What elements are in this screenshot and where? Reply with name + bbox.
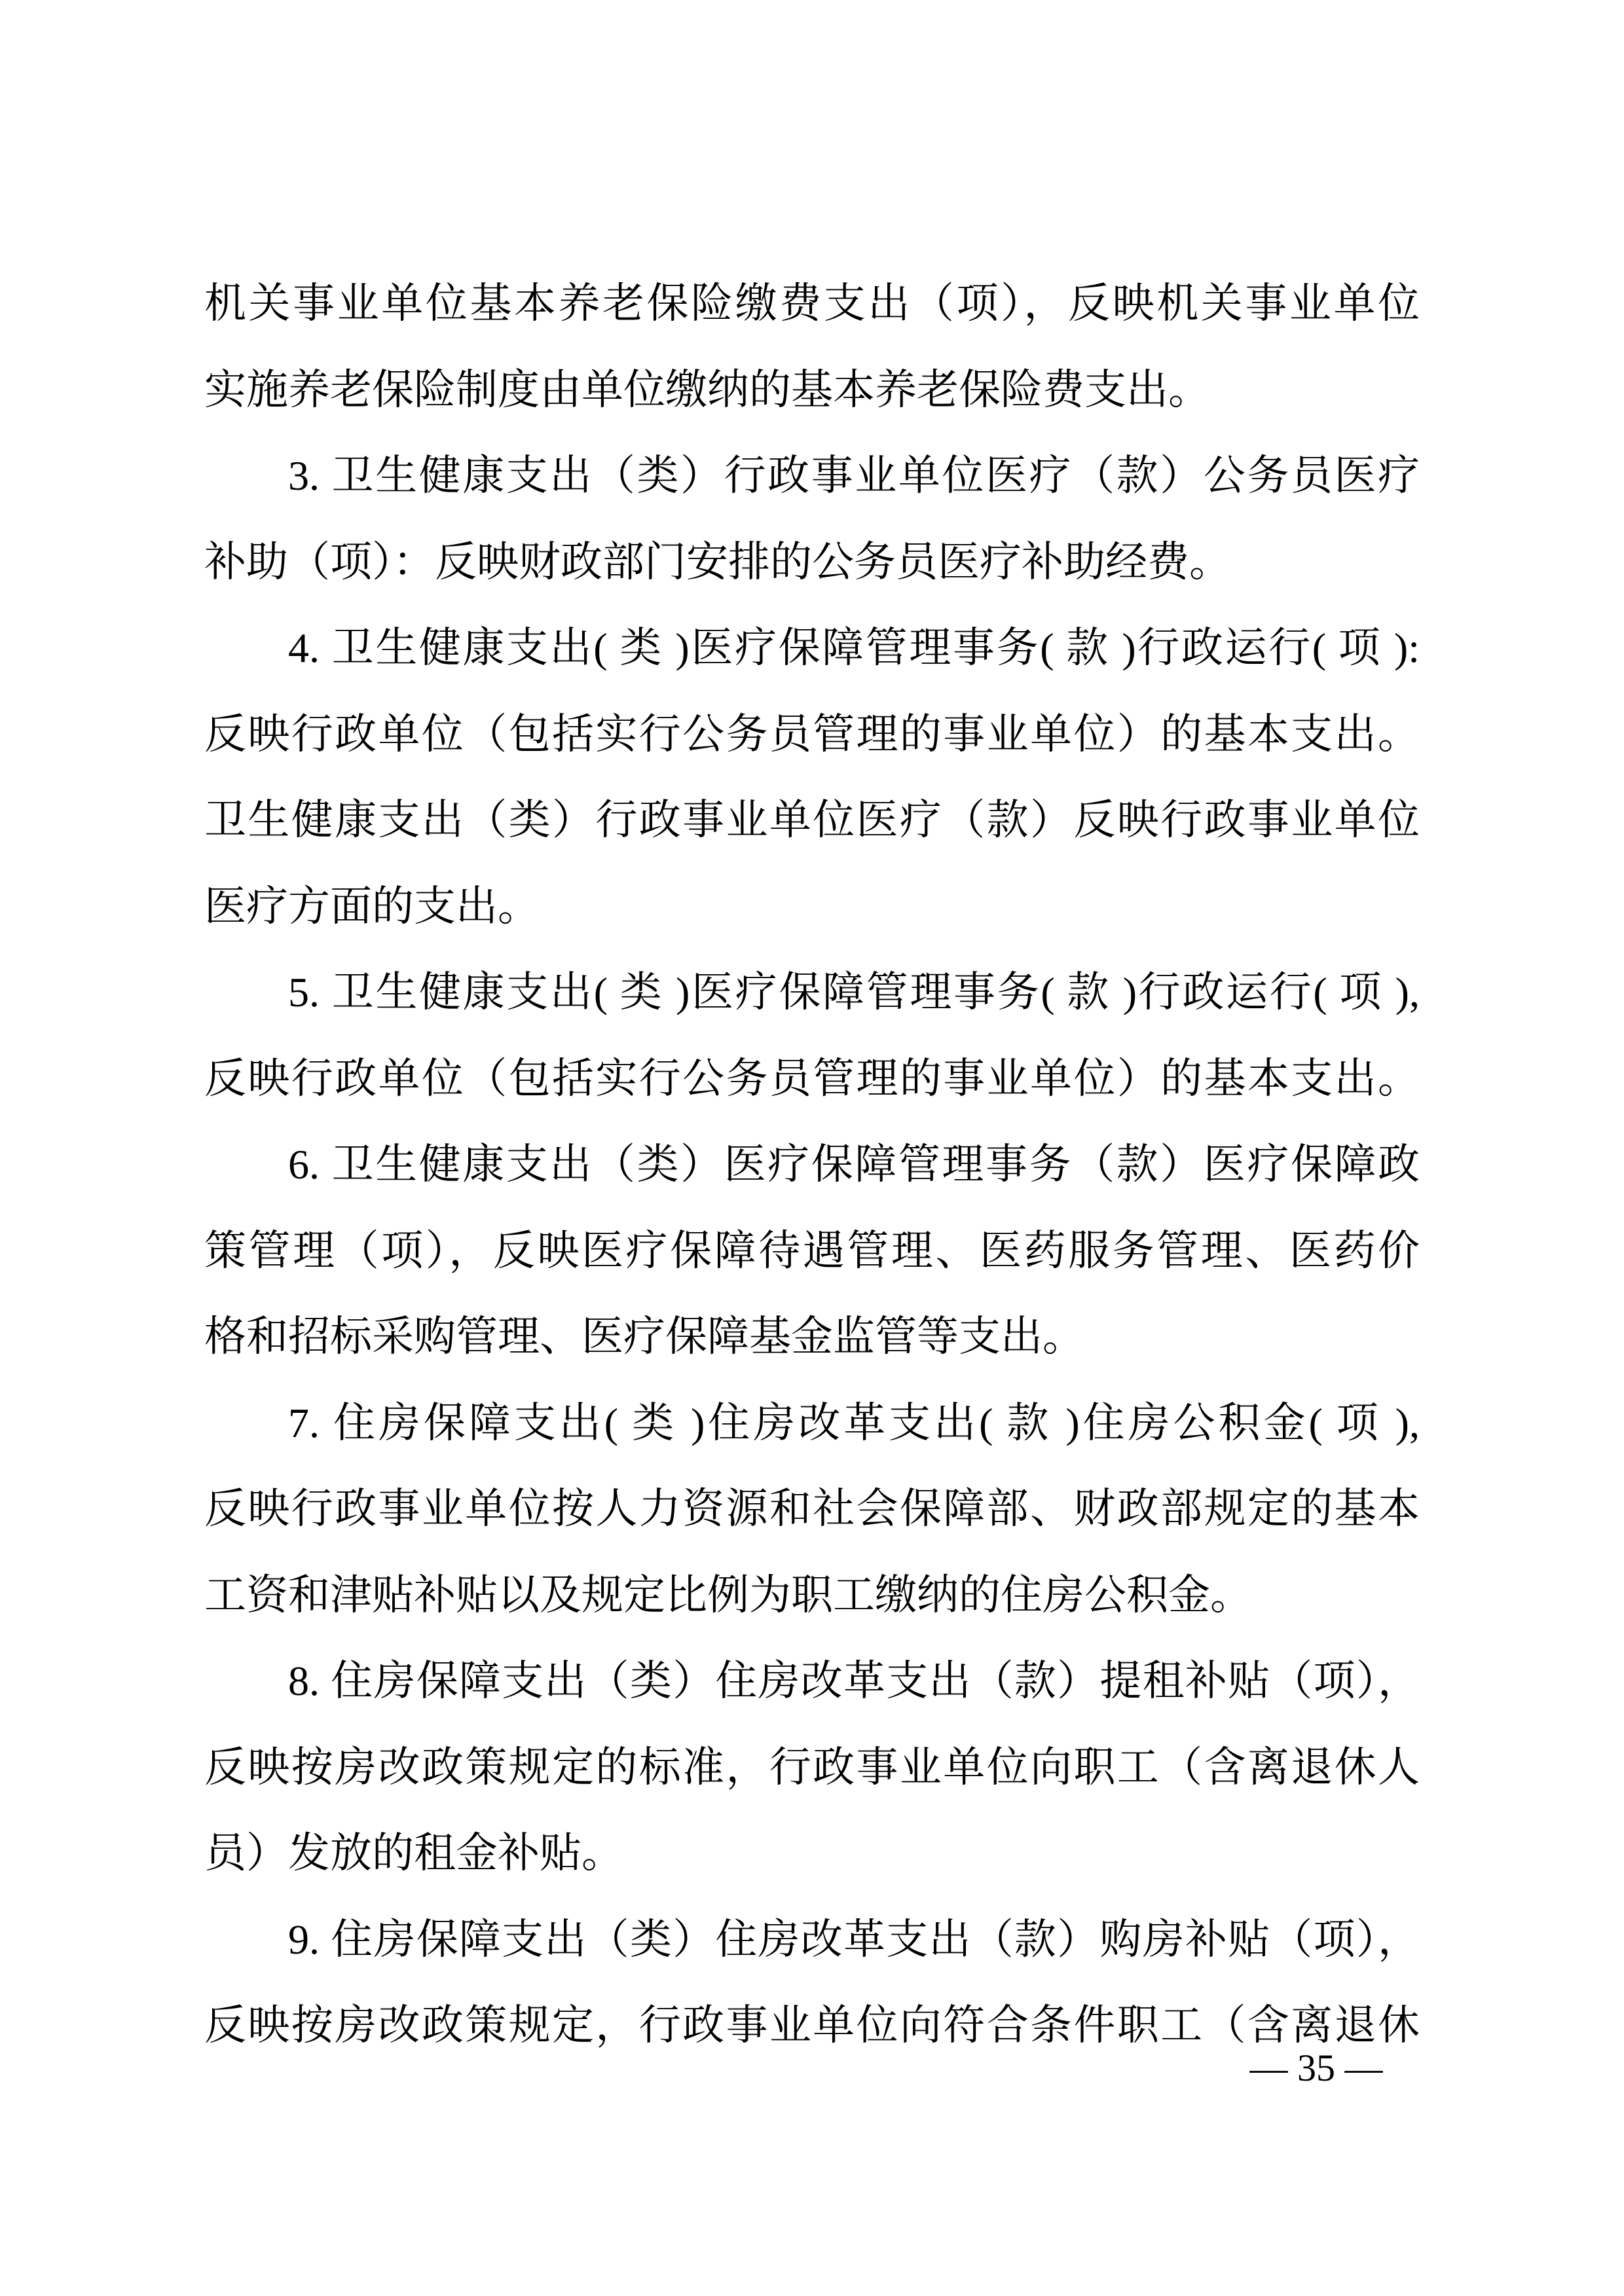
text-line: 7. 住房保障支出( 类 )住房改革支出( 款 )住房公积金( 项 ), xyxy=(204,1380,1420,1467)
document-body: 机关事业单位基本养老保险缴费支出（项），反映机关事业单位 实施养老保险制度由单位… xyxy=(204,261,1420,2069)
text-line: 3. 卫生健康支出（类）行政事业单位医疗（款）公务员医疗 xyxy=(204,433,1420,519)
text-line: 8. 住房保障支出（类）住房改革支出（款）提租补贴（项）， xyxy=(204,1638,1420,1724)
text-line: 反映行政事业单位按人力资源和社会保障部、财政部规定的基本 xyxy=(204,1466,1420,1552)
text-line: 格和招标采购管理、医疗保障基金监管等支出。 xyxy=(204,1294,1420,1380)
text-line: 反映按房改政策规定的标准，行政事业单位向职工（含离退休人 xyxy=(204,1724,1420,1811)
text-line: 实施养老保险制度由单位缴纳的基本养老保险费支出。 xyxy=(204,347,1420,433)
text-line: 5. 卫生健康支出( 类 )医疗保障管理事务( 款 )行政运行( 项 ), xyxy=(204,949,1420,1036)
text-line: 员）发放的租金补贴。 xyxy=(204,1810,1420,1897)
text-line: 6. 卫生健康支出（类）医疗保障管理事务（款）医疗保障政 xyxy=(204,1121,1420,1208)
document-page: 机关事业单位基本养老保险缴费支出（项），反映机关事业单位 实施养老保险制度由单位… xyxy=(0,0,1624,2296)
page-number: — 35 — xyxy=(1236,2047,1396,2090)
text-line: 4. 卫生健康支出( 类 )医疗保障管理事务( 款 )行政运行( 项 ): xyxy=(204,605,1420,691)
text-line: 卫生健康支出（类）行政事业单位医疗（款）反映行政事业单位 xyxy=(204,777,1420,864)
text-line: 策管理（项），反映医疗保障待遇管理、医药服务管理、医药价 xyxy=(204,1208,1420,1294)
text-line: 反映行政单位（包括实行公务员管理的事业单位）的基本支出。 xyxy=(204,1036,1420,1122)
text-line: 医疗方面的支出。 xyxy=(204,864,1420,950)
text-line: 工资和津贴补贴以及规定比例为职工缴纳的住房公积金。 xyxy=(204,1552,1420,1639)
text-line: 机关事业单位基本养老保险缴费支出（项），反映机关事业单位 xyxy=(204,261,1420,347)
text-line: 反映行政单位（包括实行公务员管理的事业单位）的基本支出。 xyxy=(204,691,1420,778)
text-line: 补助（项）：反映财政部门安排的公务员医疗补助经费。 xyxy=(204,519,1420,606)
text-line: 9. 住房保障支出（类）住房改革支出（款）购房补贴（项）， xyxy=(204,1897,1420,1983)
